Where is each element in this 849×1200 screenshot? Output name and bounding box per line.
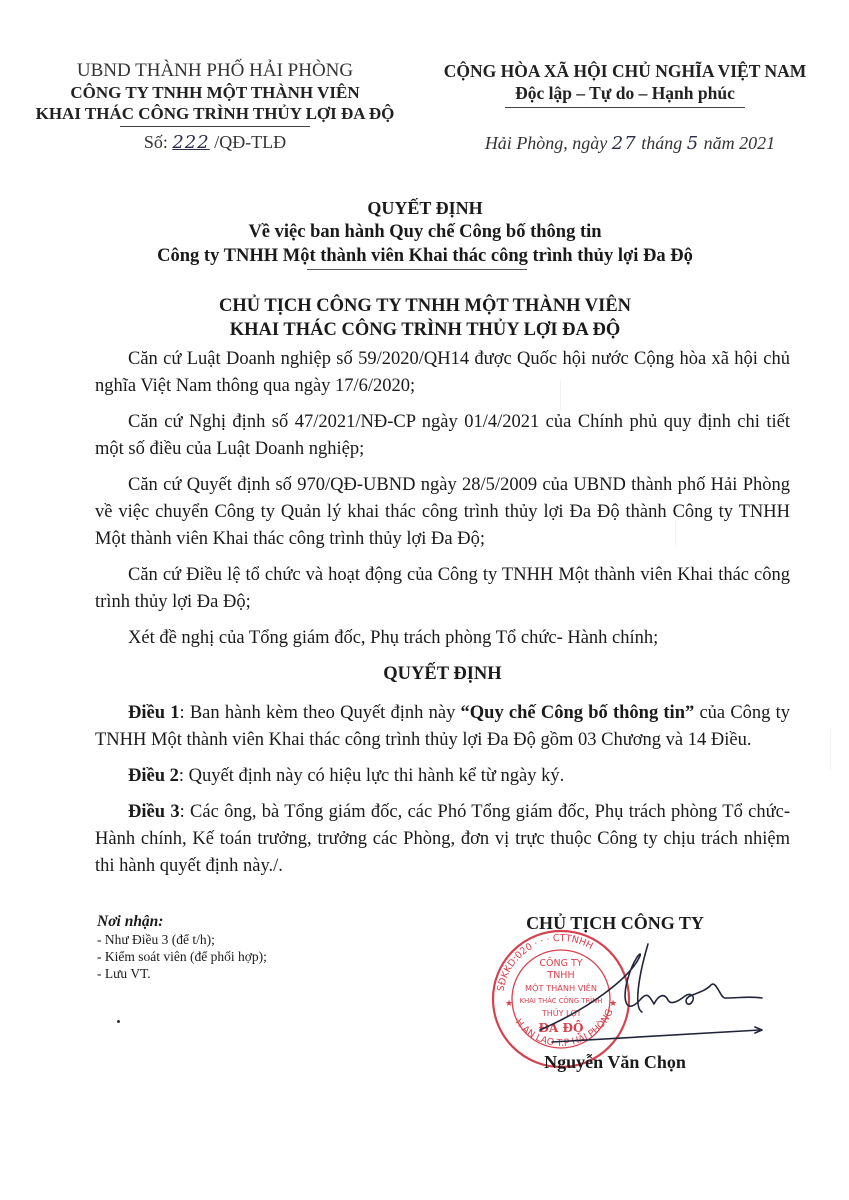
recipients-heading: Nơi nhận: [97,913,417,931]
article-text: : Các ông, bà Tổng giám đốc, các Phó Tổn… [95,802,790,876]
issuing-agency-header: UBND THÀNH PHỐ HẢI PHÒNG CÔNG TY TNHH MỘ… [30,60,400,153]
preamble-paragraph: Căn cứ Luật Doanh nghiệp số 59/2020/QH14… [95,346,790,400]
subject-line1: Về việc ban hành Quy chế Công bố thông t… [60,220,790,244]
date-month: 5 [687,133,699,154]
preamble-paragraph: Căn cứ Nghị định số 47/2021/NĐ-CP ngày 0… [95,409,790,463]
handwritten-signature-icon [530,938,770,1048]
article-emphasis: “Quy chế Công bố thông tin” [461,703,695,723]
document-body: Căn cứ Luật Doanh nghiệp số 59/2020/QH14… [95,346,790,889]
motto-underline [505,107,745,108]
article-text: : Ban hành kèm theo Quyết định này [179,703,460,723]
signer-name: Nguyễn Văn Chọn [480,1052,750,1073]
recipient-item: - Kiểm soát viên (để phối hợp); [97,948,417,965]
recipients-block: Nơi nhận: - Như Điều 3 (để t/h); - Kiểm … [97,913,417,982]
article-1: Điều 1: Ban hành kèm theo Quyết định này… [95,700,790,754]
recipient-item: - Như Điều 3 (để t/h); [97,931,417,948]
document-type: QUYẾT ĐỊNH [60,196,790,220]
date-month-label: tháng [637,133,687,153]
scan-mark [830,730,831,770]
number-prefix: Số: [144,132,173,152]
authority-name: UBND THÀNH PHỐ HẢI PHÒNG [30,60,400,82]
number-handwritten: 222 [172,132,209,153]
nation-name: CỘNG HÒA XÃ HỘI CHỦ NGHĨA VIỆT NAM [420,60,830,82]
recipient-item: - Lưu VT. [97,965,417,982]
date-place: Hải Phòng, ngày [485,133,612,153]
company-name-line1: CÔNG TY TNHH MỘT THÀNH VIÊN [30,82,400,103]
national-motto: Độc lập – Tự do – Hạnh phúc [420,82,830,104]
article-label: Điều 2 [128,766,179,786]
date-year: năm 2021 [699,133,775,153]
number-suffix: /QĐ-TLĐ [210,132,286,152]
scan-dot [117,1020,120,1023]
article-text: : Quyết định này có hiệu lực thi hành kể… [179,766,564,786]
decision-heading: QUYẾT ĐỊNH [95,661,790,688]
article-label: Điều 1 [128,703,179,723]
title-underline [307,269,527,270]
date-day: 27 [612,133,637,154]
article-3: Điều 3: Các ông, bà Tổng giám đốc, các P… [95,799,790,880]
issuer-line2: KHAI THÁC CÔNG TRÌNH THỦY LỢI ĐA ĐỘ [60,318,790,342]
issuer-block: CHỦ TỊCH CÔNG TY TNHH MỘT THÀNH VIÊN KHA… [60,294,790,342]
article-label: Điều 3 [128,802,180,822]
svg-text:★: ★ [505,999,513,1009]
preamble-paragraph: Căn cứ Quyết định số 970/QĐ-UBND ngày 28… [95,472,790,553]
decision-title-block: QUYẾT ĐỊNH Về việc ban hành Quy chế Công… [60,196,790,270]
document-date: Hải Phòng, ngày 27 tháng 5 năm 2021 [430,133,830,154]
signer-title: CHỦ TỊCH CÔNG TY [480,913,750,934]
preamble-paragraph: Căn cứ Điều lệ tổ chức và hoạt động của … [95,562,790,616]
company-name-line2: KHAI THÁC CÔNG TRÌNH THỦY LỢI ĐA ĐỘ [30,103,400,124]
article-2: Điều 2: Quyết định này có hiệu lực thi h… [95,763,790,790]
issuer-line1: CHỦ TỊCH CÔNG TY TNHH MỘT THÀNH VIÊN [60,294,790,318]
preamble-paragraph: Xét đề nghị của Tổng giám đốc, Phụ trách… [95,625,790,652]
subject-line2: Công ty TNHH Một thành viên Khai thác cô… [60,244,790,268]
national-header: CỘNG HÒA XÃ HỘI CHỦ NGHĨA VIỆT NAM Độc l… [420,60,830,108]
document-number: Số: 222 /QĐ-TLĐ [30,132,400,153]
header-underline [120,126,310,127]
